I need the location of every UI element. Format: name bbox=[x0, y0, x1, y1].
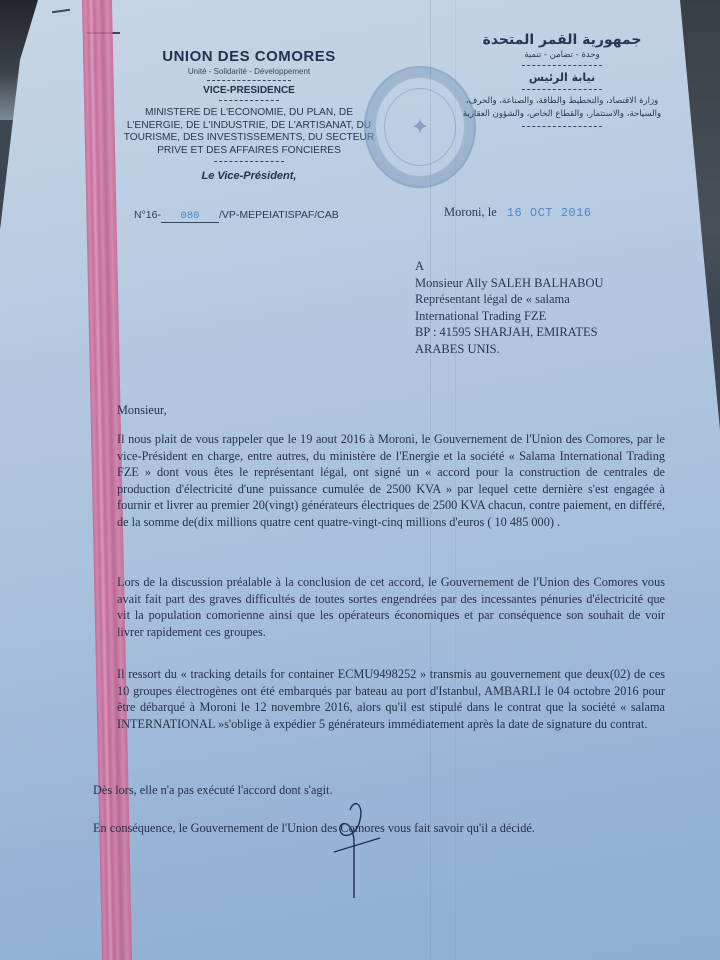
letter-page: UNION DES COMORES Unité - Solidarité - D… bbox=[0, 0, 720, 960]
national-motto: Unité - Solidarité - Développement bbox=[118, 67, 380, 76]
pen-mark bbox=[52, 9, 70, 13]
reference-suffix: /VP-MEPEIATISPAF/CAB bbox=[219, 209, 339, 221]
date-stamp: 16 OCT 2016 bbox=[507, 206, 592, 220]
national-seal-icon: ✦ bbox=[364, 66, 476, 188]
divider bbox=[522, 65, 602, 66]
signatory-title: Le Vice-Président, bbox=[118, 170, 380, 182]
date-place: Moroni, le bbox=[444, 205, 497, 219]
recipient-address: A Monsieur Ally SALEH BALHABOU Représent… bbox=[415, 258, 604, 357]
body-paragraph: Dès lors, elle n'a pas exécuté l'accord … bbox=[93, 782, 641, 799]
date-line: Moroni, le16 OCT 2016 bbox=[444, 205, 592, 220]
letterhead-right: جمهورية القمر المتحدة وحدة - تضامن - تنم… bbox=[462, 32, 662, 132]
signature-icon bbox=[330, 800, 400, 900]
body-paragraph: Lors de la discussion préalable à la con… bbox=[117, 574, 665, 640]
recipient-line: Représentant légal de « salama bbox=[415, 291, 604, 308]
recipient-line: Monsieur Ally SALEH BALHABOU bbox=[415, 275, 604, 292]
country-name: UNION DES COMORES bbox=[118, 48, 380, 65]
reference-handwritten-number: 080 bbox=[161, 210, 219, 223]
country-name-arabic: جمهورية القمر المتحدة bbox=[462, 32, 662, 48]
letterhead-left: UNION DES COMORES Unité - Solidarité - D… bbox=[118, 48, 380, 182]
salutation: Monsieur, bbox=[117, 402, 665, 419]
national-motto-arabic: وحدة - تضامن - تنمية bbox=[462, 50, 662, 60]
recipient-line: BP : 41595 SHARJAH, EMIRATES bbox=[415, 324, 604, 341]
ministry-name: MINISTERE DE L'ECONOMIE, DU PLAN, DE L'E… bbox=[118, 107, 380, 157]
divider bbox=[219, 100, 279, 101]
divider bbox=[214, 161, 284, 162]
recipient-line: International Trading FZE bbox=[415, 308, 604, 325]
recipient-line: A bbox=[415, 258, 604, 275]
recipient-line: ARABES UNIS. bbox=[415, 341, 604, 358]
divider bbox=[522, 126, 602, 127]
seal-emblem-icon: ✦ bbox=[384, 88, 456, 166]
office-name: VICE-PRESIDENCE bbox=[118, 85, 380, 96]
divider bbox=[522, 89, 602, 90]
ministry-name-arabic: وزارة الاقتصاد، والتخطيط والطاقة، والصنا… bbox=[462, 95, 662, 121]
body-paragraph: Il ressort du « tracking details for con… bbox=[117, 666, 665, 732]
reference-prefix: N°16- bbox=[134, 209, 161, 221]
divider bbox=[207, 80, 291, 81]
reference-number: N°16-080/VP-MEPEIATISPAF/CAB bbox=[134, 209, 339, 223]
body-paragraph: Il nous plait de vous rappeler que le 19… bbox=[117, 431, 665, 531]
office-name-arabic: نيابة الرئيس bbox=[462, 71, 662, 84]
